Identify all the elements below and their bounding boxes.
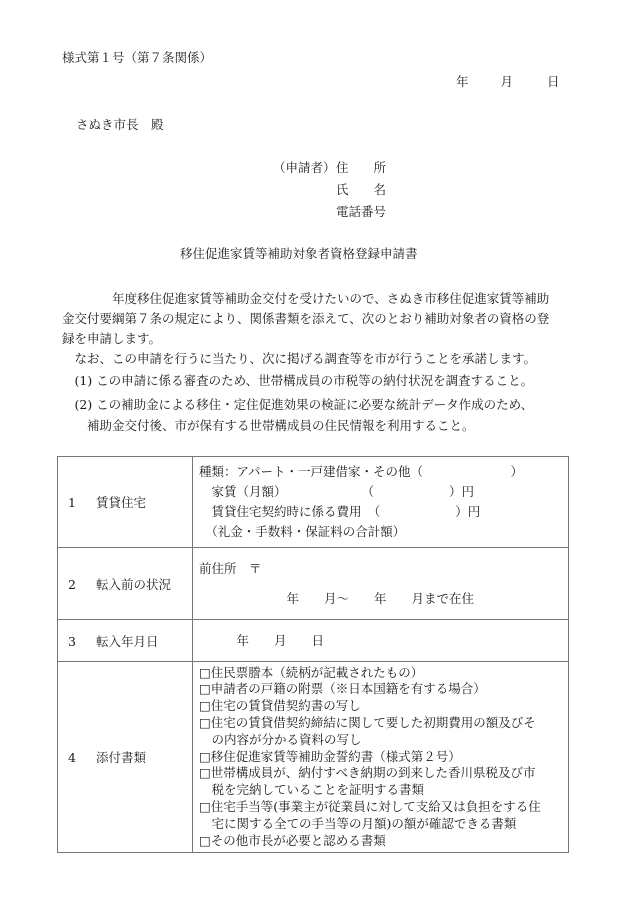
- table-row-previous-status: 2転入前の状況 前住所 〒 年 月～ 年 月まで在住: [58, 548, 569, 620]
- body-paragraph-2: なお、この申請を行うに当たり、次に掲げる調査等を市が行うことを承諾します。: [62, 349, 536, 369]
- form-number: 様式第１号（第７条関係）: [62, 48, 212, 66]
- previous-address-field[interactable]: 前住所 〒 年 月～ 年 月まで在住: [193, 548, 569, 620]
- residence-period-line: 年 月～ 年 月まで在住: [199, 589, 568, 609]
- date-year: 年: [456, 74, 469, 89]
- attachment-checkbox-item[interactable]: □その他市長が必要と認める書類: [199, 833, 568, 850]
- consent-item-2-cont: 補助金交付後、市が保有する世帯構成員の住民情報を利用すること。: [62, 416, 475, 436]
- attachment-item-cont: の内容が分かる資料の写し: [199, 732, 568, 749]
- row-label: 1賃貸住宅: [58, 457, 193, 548]
- row-label-text: 転入年月日: [96, 634, 159, 649]
- body-line: 金交付要綱第７条の規定により、関係書類を添えて、次のとおり補助対象者の資格の登: [62, 309, 549, 329]
- application-table: 1賃貸住宅 種類：アパート・一戸建借家・その他（ ） 家賃（月額） （ ）円 賃…: [57, 456, 569, 853]
- row-label-text: 添付書類: [96, 750, 146, 765]
- housing-type-line: 種類：アパート・一戸建借家・その他（ ）: [199, 462, 568, 482]
- row-number: 3: [68, 634, 96, 649]
- attachment-checkbox-item[interactable]: □住宅手当等(事業主が従業員に対して支給又は負担をする住: [199, 799, 568, 816]
- attachment-checkbox-item[interactable]: □世帯構成員が、納付すべき納期の到来した香川県税及び市: [199, 765, 568, 782]
- row-number: 4: [68, 750, 96, 765]
- row-number: 1: [68, 495, 96, 510]
- date-month: 月: [501, 74, 514, 89]
- body-line: 年度移住促進家賃等補助金交付を受けたいので、さぬき市移住促進家賃等補助: [62, 289, 549, 309]
- monthly-rent-line: 家賃（月額） （ ）円: [199, 482, 568, 502]
- applicant-block: （申請者）: [273, 158, 336, 176]
- move-in-date-field[interactable]: 年 月 日: [193, 620, 569, 662]
- attachment-item-cont: 宅に関する全ての手当等の月額)の額が確認できる書類: [199, 816, 568, 833]
- attachment-checkbox-item[interactable]: □住民票謄本（続柄が記載されたもの）: [199, 665, 568, 682]
- attachments-list: □住民票謄本（続柄が記載されたもの） □申請者の戸籍の附票（※日本国籍を有する場…: [193, 662, 569, 853]
- attachment-checkbox-item[interactable]: □住宅の賃貸借契約締結に関して要した初期費用の額及びそ: [199, 715, 568, 732]
- contract-cost-line: 賃貸住宅契約時に係る費用 （ ）円: [199, 502, 568, 522]
- row-label-text: 転入前の状況: [96, 577, 171, 592]
- contract-cost-note: （礼金・手数料・保証料の合計額）: [199, 522, 568, 542]
- table-row-attachments: 4添付書類 □住民票謄本（続柄が記載されたもの） □申請者の戸籍の附票（※日本国…: [58, 662, 569, 853]
- row-label: 2転入前の状況: [58, 548, 193, 620]
- document-title: 移住促進家賃等補助対象者資格登録申請書: [180, 244, 418, 262]
- table-row-move-in-date: 3転入年月日 年 月 日: [58, 620, 569, 662]
- applicant-name-label: 氏 名: [336, 180, 386, 198]
- body-paragraph-1: 年度移住促進家賃等補助金交付を受けたいので、さぬき市移住促進家賃等補助 金交付要…: [62, 289, 549, 349]
- consent-item-1: (1) この申請に係る審査のため、世帯構成員の市税等の納付状況を調査すること。: [62, 371, 533, 391]
- row-number: 2: [68, 577, 96, 592]
- previous-address-line: 前住所 〒: [199, 559, 568, 579]
- applicant-label: （申請者）: [273, 160, 336, 175]
- body-line: 録を申請します。: [62, 329, 549, 349]
- applicant-phone-label: 電話番号: [336, 202, 386, 220]
- row-label: 4添付書類: [58, 662, 193, 853]
- rental-housing-field[interactable]: 種類：アパート・一戸建借家・その他（ ） 家賃（月額） （ ）円 賃貸住宅契約時…: [193, 457, 569, 548]
- row-label-text: 賃貸住宅: [96, 495, 146, 510]
- addressee: さぬき市長 殿: [76, 115, 164, 133]
- row-label: 3転入年月日: [58, 620, 193, 662]
- attachment-item-cont: 税を完納していることを証明する書類: [199, 782, 568, 799]
- date-day: 日: [547, 74, 560, 89]
- move-in-date-line: 年 月 日: [199, 631, 568, 651]
- attachment-checkbox-item[interactable]: □住宅の賃貸借契約書の写し: [199, 698, 568, 715]
- applicant-address-label: 住 所: [336, 158, 386, 176]
- attachment-checkbox-item[interactable]: □申請者の戸籍の附票（※日本国籍を有する場合）: [199, 681, 568, 698]
- table-row-rental-housing: 1賃貸住宅 種類：アパート・一戸建借家・その他（ ） 家賃（月額） （ ）円 賃…: [58, 457, 569, 548]
- date-line: 年 月 日: [456, 72, 560, 90]
- attachment-checkbox-item[interactable]: □移住促進家賃等補助金誓約書（様式第２号）: [199, 749, 568, 766]
- consent-item-2: (2) この補助金による移住・定住促進効果の検証に必要な統計データ作成のため、: [62, 395, 533, 415]
